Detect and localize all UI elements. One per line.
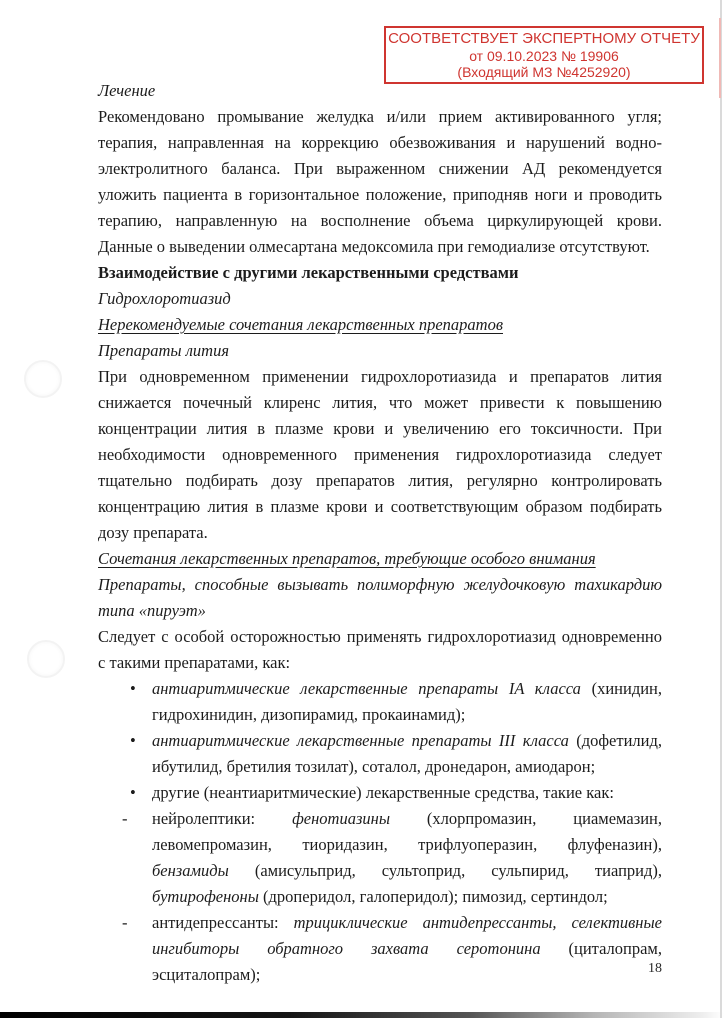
bullet-item-antiarrhythmic-iii: • антиаритмические лекарственные препара… xyxy=(98,728,662,780)
dash-run: (дроперидол, галоперидол); пимозид, серт… xyxy=(259,887,608,906)
scan-edge-right xyxy=(720,0,722,1018)
bullet-marker: • xyxy=(130,780,136,806)
bullet-item-antiarrhythmic-ia: • антиаритмические лекарственные препара… xyxy=(98,676,662,728)
paragraph-lithium-interaction: При одновременном применении гидрохлорот… xyxy=(98,364,662,546)
section-title-treatment: Лечение xyxy=(98,78,662,104)
subheading-not-recommended-combinations: Нерекомендуемые сочетания лекарственных … xyxy=(98,312,662,338)
dash-run: (амисульприд, сультоприд, сульпирид, тиа… xyxy=(229,861,662,880)
bullet-marker: • xyxy=(130,676,136,702)
dash-item-antidepressants: - антидепрессанты: трициклические антиде… xyxy=(98,910,662,988)
dash-run-italic: бензамиды xyxy=(152,861,229,880)
dash-marker: - xyxy=(122,910,128,936)
subheading-torsade-de-pointes: Препараты, способные вызывать полиморфну… xyxy=(98,572,662,624)
bullet-text-italic: антиаритмические лекарственные препараты… xyxy=(152,679,581,698)
dash-marker: - xyxy=(122,806,128,832)
dash-run: нейролептики: xyxy=(152,809,292,828)
subheading-special-attention: Сочетания лекарственных препаратов, треб… xyxy=(98,546,662,572)
subheading-hydrochlorothiazide: Гидрохлоротиазид xyxy=(98,286,662,312)
scan-edge-bottom xyxy=(0,1012,724,1018)
subheading-lithium: Препараты лития xyxy=(98,338,662,364)
scan-edge-right-tint xyxy=(719,18,721,98)
dash-run-italic: фенотиазины xyxy=(292,809,390,828)
stamp-line-2: от 09.10.2023 № 19906 xyxy=(469,48,619,64)
dash-item-neuroleptics: - нейролептики: фенотиазины (хлорпромази… xyxy=(98,806,662,910)
page-number: 18 xyxy=(648,961,662,977)
approval-stamp: СООТВЕТСТВУЕТ ЭКСПЕРТНОМУ ОТЧЕТУ от 09.1… xyxy=(384,26,704,84)
bullet-text-regular: другие (неантиаритмические) лекарственны… xyxy=(152,783,614,802)
document-body: Лечение Рекомендовано промывание желудка… xyxy=(98,78,662,988)
paragraph-overdose-treatment: Рекомендовано промывание желудка и/или п… xyxy=(98,104,662,260)
section-title-interactions: Взаимодействие с другими лекарственными … xyxy=(98,260,662,286)
bullet-text-italic: антиаритмические лекарственные препараты… xyxy=(152,731,569,750)
hole-punch-artifact xyxy=(24,360,62,398)
bullet-marker: • xyxy=(130,728,136,754)
bullet-item-other-drugs: • другие (неантиаритмические) лекарствен… xyxy=(98,780,662,806)
dash-run: антидепрессанты: xyxy=(152,913,294,932)
stamp-line-1: СООТВЕТСТВУЕТ ЭКСПЕРТНОМУ ОТЧЕТУ xyxy=(388,30,700,48)
hole-punch-artifact xyxy=(27,640,65,678)
dash-run-italic: бутирофеноны xyxy=(152,887,259,906)
paragraph-caution-intro: Следует с особой осторожностью применять… xyxy=(98,624,662,676)
